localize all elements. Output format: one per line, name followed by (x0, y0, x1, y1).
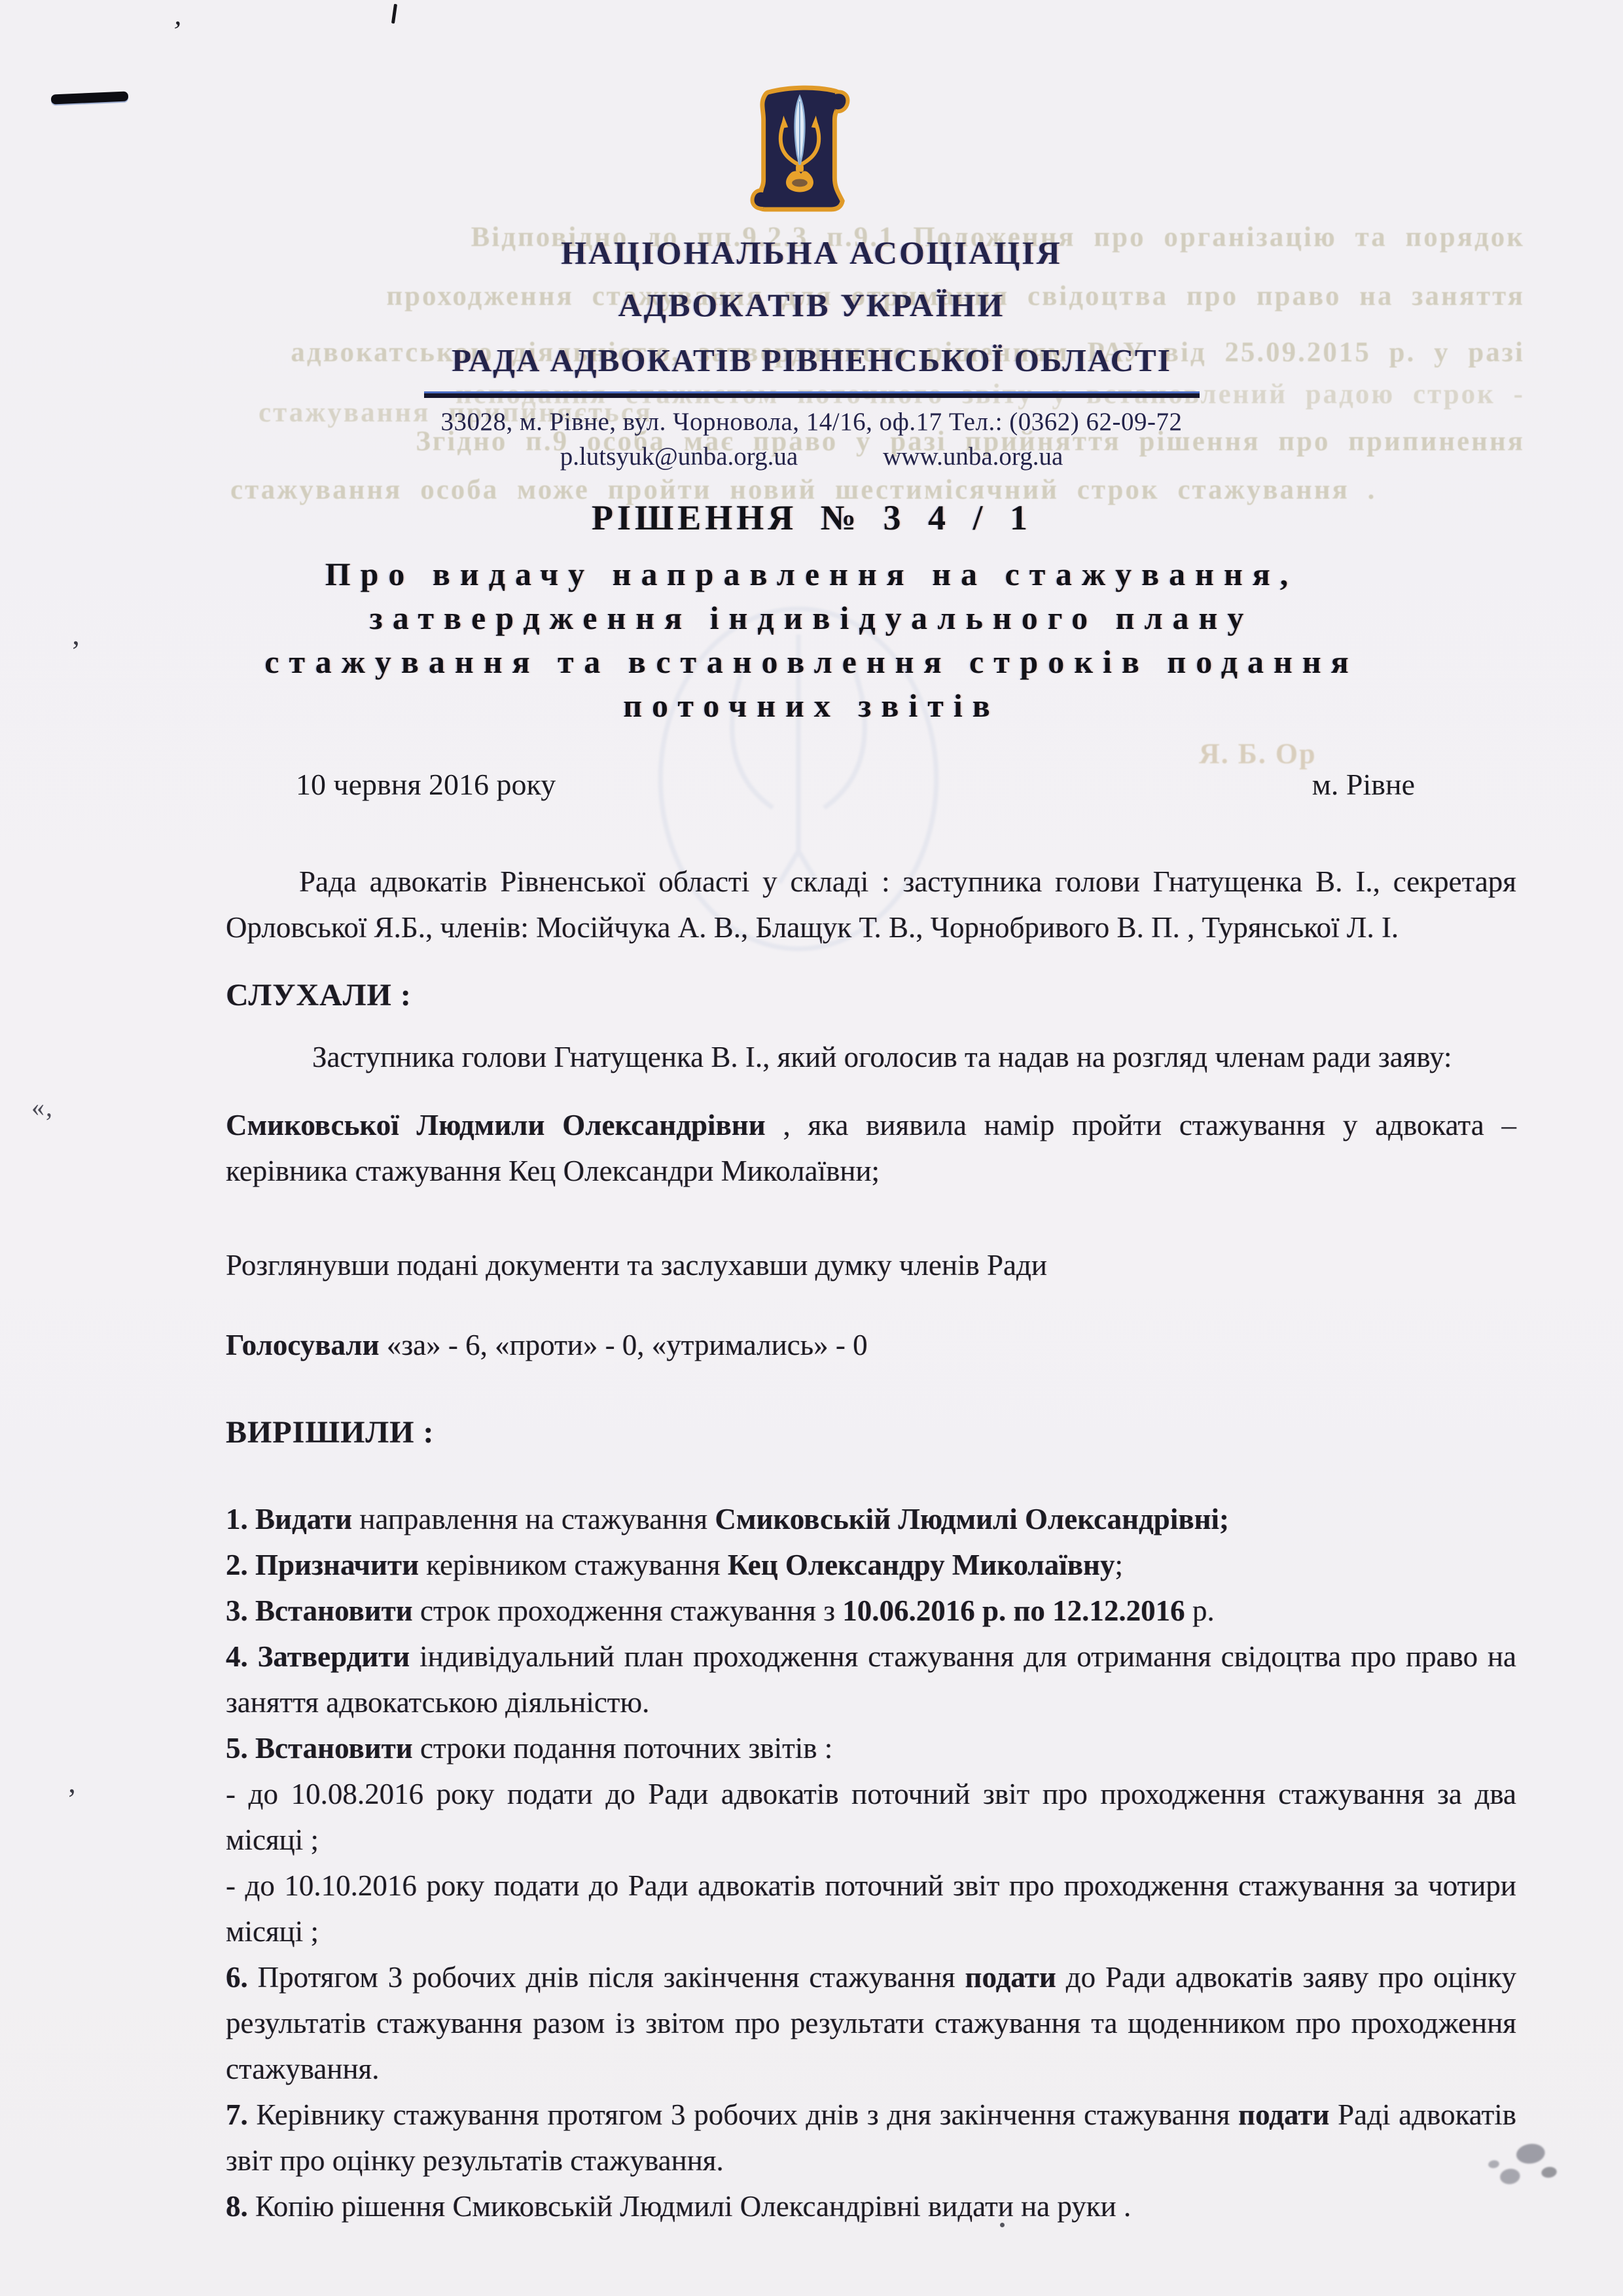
decision-place: м. Рівне (1312, 767, 1415, 802)
resolved-section-label: ВИРІШИЛИ : (226, 1410, 1516, 1456)
scanned-document-page: Відповідно до пп.9.2.3 п.9.1 Положення п… (0, 0, 1623, 2296)
decision-subject-line: стажування та встановлення строків подан… (0, 640, 1623, 684)
scan-mark-tick (391, 4, 397, 24)
org-address: 33028, м. Рівне, вул. Чорновола, 14/16, … (0, 407, 1623, 437)
resolution-item-6: 6. Протягом 3 робочих днів після закінче… (226, 1954, 1516, 2092)
decision-subject: Про видачу направлення на стажування, за… (0, 552, 1623, 728)
org-name-line-2: АДВОКАТІВ УКРАЇНИ (0, 285, 1623, 325)
header-divider (424, 391, 1200, 398)
scan-mark-bar (51, 91, 129, 104)
org-email: p.lutsyuk@unba.org.ua (560, 442, 798, 471)
scan-mark-apostrophe: ’ (67, 1782, 77, 1816)
scan-mark-comma: ’ (170, 14, 183, 48)
resolution-item-8: 8. Копію рішення Смиковській Людмилі Оле… (226, 2183, 1516, 2229)
resolution-item-2: 2. Призначити керівником стажування Кец … (226, 1542, 1516, 1588)
decision-date: 10 червня 2016 року (296, 767, 556, 802)
decision-number: РІШЕННЯ № 3 4 / 1 (0, 497, 1623, 538)
resolution-item-5: 5. Встановити строки подання поточних зв… (226, 1725, 1516, 1771)
resolution-item-7: 7. Керівнику стажування протягом 3 робоч… (226, 2092, 1516, 2183)
heard-paragraph-2: Смиковської Людмили Олександрівни , яка … (226, 1102, 1516, 1194)
document-body: Рада адвокатів Рівненської області у скл… (226, 859, 1516, 2229)
heard-section-label: СЛУХАЛИ : (226, 973, 1516, 1018)
resolution-item-5b: - до 10.10.2016 року подати до Ради адво… (226, 1863, 1516, 1954)
resolution-item-3: 3. Встановити строк проходження стажуван… (226, 1588, 1516, 1634)
org-name-line-3: РАДА АДВОКАТІВ РІВНЕНСЬКОЇ ОБЛАСТІ (0, 342, 1623, 380)
voting-results: Голосували «за» - 6, «проти» - 0, «утрим… (226, 1322, 1516, 1368)
ghost-signature: Я. Б. Ор (1199, 737, 1317, 770)
decision-subject-line: поточних звітів (0, 684, 1623, 728)
unba-scroll-quill-emblem-icon (745, 81, 855, 219)
org-name-line-1: НАЦІОНАЛЬНА АСОЦІАЦІЯ (0, 233, 1623, 272)
decision-heading-block: РІШЕННЯ № 3 4 / 1 Про видачу направлення… (0, 497, 1623, 728)
council-composition: Рада адвокатів Рівненської області у скл… (226, 859, 1516, 950)
decision-subject-line: затвердження індивідуального плану (0, 596, 1623, 640)
org-contacts: p.lutsyuk@unba.org.ua www.unba.org.ua (0, 442, 1623, 471)
org-website: www.unba.org.ua (883, 442, 1063, 471)
letterhead: НАЦІОНАЛЬНА АСОЦІАЦІЯ АДВОКАТІВ УКРАЇНИ … (0, 233, 1623, 471)
date-place-row: 10 червня 2016 року м. Рівне (296, 767, 1415, 802)
resolution-item-1: 1. Видати направлення на стажування Смик… (226, 1496, 1516, 1542)
reviewed-paragraph: Розглянувши подані документи та заслухав… (226, 1242, 1516, 1288)
scan-mark-quote: «‚ (31, 1092, 53, 1122)
heard-paragraph-1: Заступника голови Гнатущенка В. І., який… (226, 1034, 1516, 1080)
decision-subject-line: Про видачу направлення на стажування, (0, 552, 1623, 596)
resolution-items: 1. Видати направлення на стажування Смик… (226, 1496, 1516, 2229)
resolution-item-4: 4. Затвердити індивідуальний план проход… (226, 1634, 1516, 1725)
resolution-item-5a: - до 10.08.2016 року подати до Ради адво… (226, 1771, 1516, 1863)
